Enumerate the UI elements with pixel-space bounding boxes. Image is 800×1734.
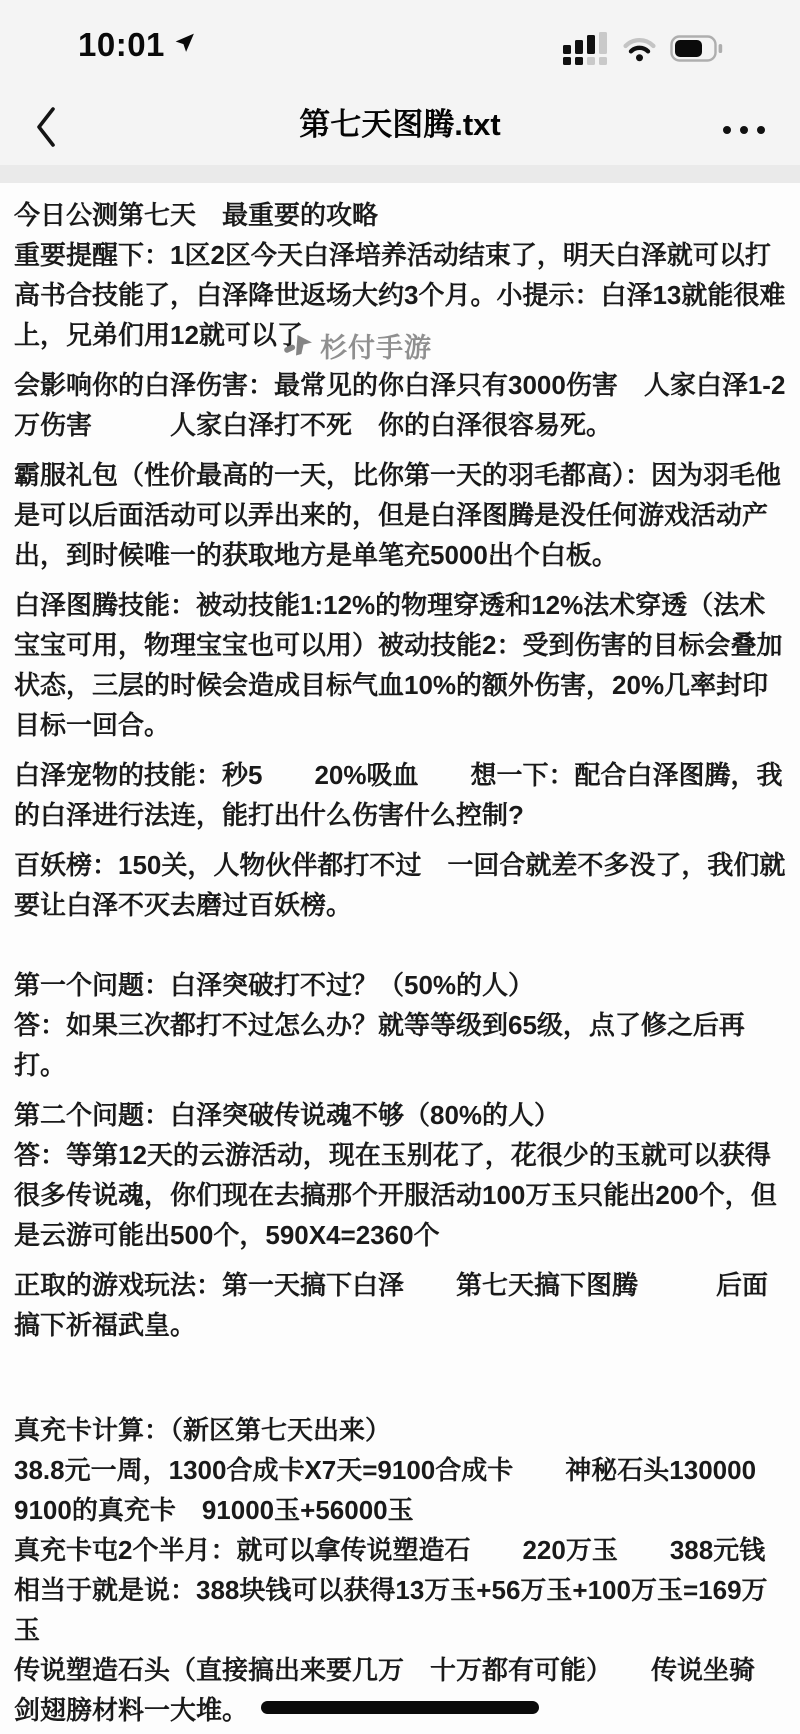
ellipsis-icon [723, 126, 765, 134]
paragraph: 正取的游戏玩法：第一天搞下白泽 第七天搞下图腾 后面搞下祈福武皇。 [14, 1265, 786, 1345]
status-time: 10:01 [78, 26, 165, 64]
paragraph: 霸服礼包（性价最高的一天，比你第一天的羽毛都高）：因为羽毛他是可以后面活动可以弄… [14, 455, 786, 575]
status-bar: 10:01 [0, 0, 800, 90]
paragraph: 第一个问题：白泽突破打不过？（50%的人） 答：如果三次都打不过怎么办？就等等级… [14, 965, 786, 1085]
phone-screen: 10:01 [0, 0, 800, 1734]
paragraph: 百妖榜：150关，人物伙伴都打不过 一回合就差不多没了，我们就要让白泽不灭去磨过… [14, 845, 786, 925]
paragraph: 第二个问题：白泽突破传说魂不够（80%的人） 答：等第12天的云游活动，现在玉别… [14, 1095, 786, 1255]
location-arrow-icon [173, 31, 196, 59]
paragraph: 白泽宠物的技能：秒5 20%吸血 想一下：配合白泽图腾，我的白泽进行法连，能打出… [14, 755, 786, 835]
nav-bar: 第七天图腾.txt [0, 90, 800, 165]
status-icons [563, 32, 723, 70]
nav-content-divider [0, 165, 800, 183]
home-indicator[interactable] [261, 1701, 539, 1714]
paragraph: 今日公测第七天 最重要的攻略 重要提醒下：1区2区今天白泽培养活动结束了，明天白… [14, 195, 786, 355]
paragraph: 真充卡计算：（新区第七天出来） 38.8元一周，1300合成卡X7天=9100合… [14, 1410, 786, 1730]
more-button[interactable] [721, 120, 767, 140]
paragraph: 会影响你的白泽伤害：最常见的你白泽只有3000伤害 人家白泽1-2万伤害 人家白… [14, 365, 786, 445]
status-left: 10:01 [78, 26, 196, 64]
document-body[interactable]: 今日公测第七天 最重要的攻略 重要提醒下：1区2区今天白泽培养活动结束了，明天白… [0, 183, 800, 1734]
wifi-icon [622, 35, 657, 67]
paragraph: 白泽图腾技能：被动技能1:12%的物理穿透和12%法术穿透（法术宝宝可用，物理宝… [14, 585, 786, 745]
cellular-signal-icon [563, 32, 609, 70]
battery-icon [670, 35, 723, 67]
file-title: 第七天图腾.txt [0, 90, 800, 165]
